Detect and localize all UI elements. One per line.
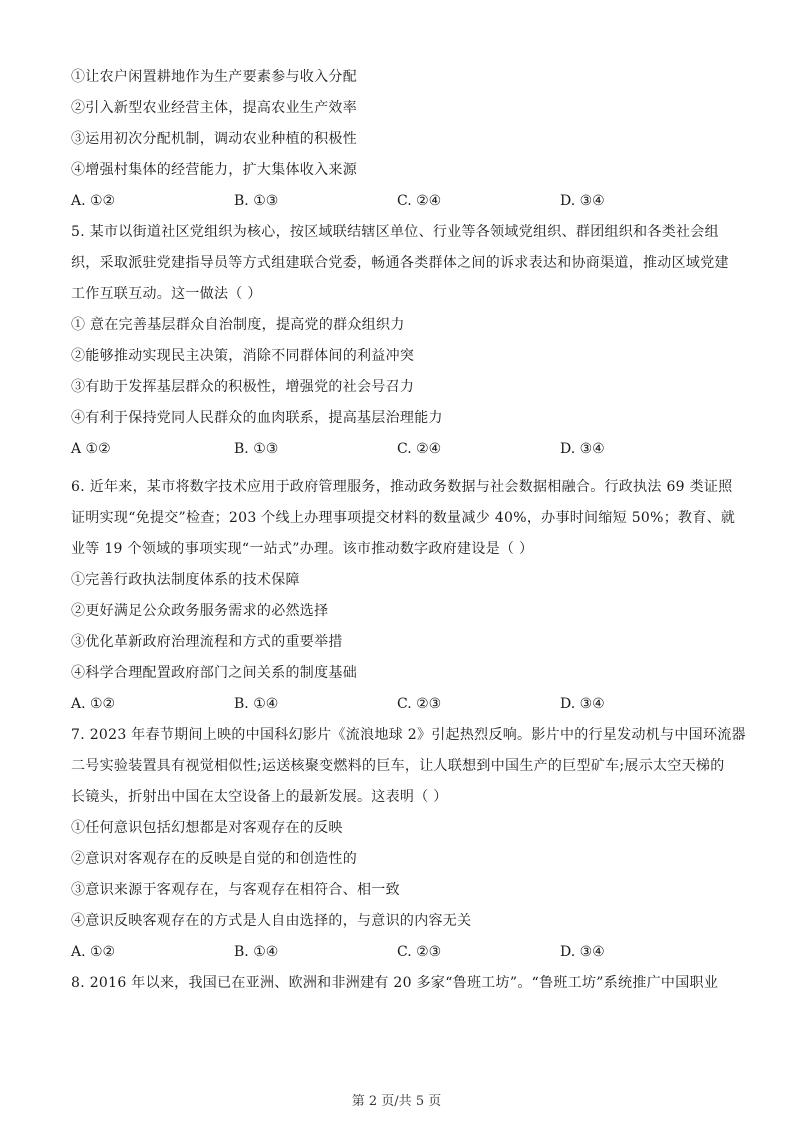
answer-options: A. ①② B. ①③ C. ②④ D. ③④ xyxy=(71,188,731,219)
document-page: ①让农户闲置耕地作为生产要素参与收入分配 ②引入新型农业经营主体，提高农业生产效… xyxy=(71,64,731,1001)
statement: ②引入新型农业经营主体，提高农业生产效率 xyxy=(71,95,731,126)
option-d: D. ③④ xyxy=(560,188,723,219)
statement: ④科学合理配置政府部门之间关系的制度基础 xyxy=(71,660,731,691)
statement: ①让农户闲置耕地作为生产要素参与收入分配 xyxy=(71,64,731,95)
statement: ④增强村集体的经营能力，扩大集体收入来源 xyxy=(71,157,731,188)
question-stem: 织，采取派驻党建指导员等方式组建联合党委，畅通各类群体之间的诉求表达和协商渠道，… xyxy=(71,250,731,281)
statement: ① 意在完善基层群众自治制度，提高党的群众组织力 xyxy=(71,312,731,343)
question-stem: 二号实验装置具有视觉相似性;运送核聚变燃料的巨车，让人联想到中国生产的巨型矿车;… xyxy=(71,753,731,784)
question-stem: 证明实现“免提交”检查；203 个线上办理事项提交材料的数量减少 40%，办事时… xyxy=(71,505,731,536)
statement: ③运用初次分配机制，调动农业种植的积极性 xyxy=(71,126,731,157)
option-b: B. ①④ xyxy=(234,691,397,722)
question-5: 5. 某市以街道社区党组织为核心，按区域联结辖区单位、行业等各领域党组织、群团组… xyxy=(71,219,731,474)
question-stem: 6. 近年来，某市将数字技术应用于政府管理服务，推动政务数据与社会数据相融合。行… xyxy=(71,474,731,505)
statement: ②能够推动实现民主决策，消除不同群体间的利益冲突 xyxy=(71,343,731,374)
option-c: C. ②④ xyxy=(397,188,560,219)
option-d: D. ③④ xyxy=(560,436,723,474)
statement: ③优化革新政府治理流程和方式的重要举措 xyxy=(71,629,731,660)
option-b: B. ①③ xyxy=(234,188,397,219)
answer-options: A. ①② B. ①④ C. ②③ D. ③④ xyxy=(71,939,731,970)
option-b: B. ①③ xyxy=(234,436,397,474)
option-c: C. ②③ xyxy=(397,939,560,970)
answer-options: A. ①② B. ①④ C. ②③ D. ③④ xyxy=(71,691,731,722)
question-8: 8. 2016 年以来，我国已在亚洲、欧洲和非洲建有 20 多家“鲁班工坊”。“… xyxy=(71,970,731,1001)
question-stem: 长镜头，折射出中国在太空设备上的最新发展。这表明（ ） xyxy=(71,784,731,815)
option-a: A ①② xyxy=(71,436,234,474)
question-stem: 业等 19 个领域的事项实现“一站式”办理。该市推动数字政府建设是（ ） xyxy=(71,536,731,567)
statement: ④有利于保持党同人民群众的血肉联系，提高基层治理能力 xyxy=(71,405,731,436)
option-d: D. ③④ xyxy=(560,939,723,970)
question-4: ①让农户闲置耕地作为生产要素参与收入分配 ②引入新型农业经营主体，提高农业生产效… xyxy=(71,64,731,219)
option-a: A. ①② xyxy=(71,939,234,970)
option-a: A. ①② xyxy=(71,691,234,722)
option-d: D. ③④ xyxy=(560,691,723,722)
option-c: C. ②③ xyxy=(397,691,560,722)
option-c: C. ②④ xyxy=(397,436,560,474)
statement: ①完善行政执法制度体系的技术保障 xyxy=(71,567,731,598)
option-a: A. ①② xyxy=(71,188,234,219)
option-b: B. ①④ xyxy=(234,939,397,970)
statement: ①任何意识包括幻想都是对客观存在的反映 xyxy=(71,815,731,846)
question-stem: 5. 某市以街道社区党组织为核心，按区域联结辖区单位、行业等各领域党组织、群团组… xyxy=(71,219,731,250)
statement: ②意识对客观存在的反映是自觉的和创造性的 xyxy=(71,846,731,877)
statement: ④意识反映客观存在的方式是人自由选择的，与意识的内容无关 xyxy=(71,908,731,939)
statement: ③有助于发挥基层群众的积极性，增强党的社会号召力 xyxy=(71,374,731,405)
statement: ③意识来源于客观存在，与客观存在相符合、相一致 xyxy=(71,877,731,908)
question-6: 6. 近年来，某市将数字技术应用于政府管理服务，推动政务数据与社会数据相融合。行… xyxy=(71,474,731,722)
page-number: 第 2 页/共 5 页 xyxy=(0,1090,793,1109)
question-7: 7. 2023 年春节期间上映的中国科幻影片《流浪地球 2》引起热烈反响。影片中… xyxy=(71,722,731,970)
statement: ②更好满足公众政务服务需求的必然选择 xyxy=(71,598,731,629)
question-stem: 工作互联互动。这一做法（ ） xyxy=(71,281,731,312)
question-stem: 7. 2023 年春节期间上映的中国科幻影片《流浪地球 2》引起热烈反响。影片中… xyxy=(71,722,731,753)
answer-options: A ①② B. ①③ C. ②④ D. ③④ xyxy=(71,436,731,474)
question-stem: 8. 2016 年以来，我国已在亚洲、欧洲和非洲建有 20 多家“鲁班工坊”。“… xyxy=(71,970,731,1001)
